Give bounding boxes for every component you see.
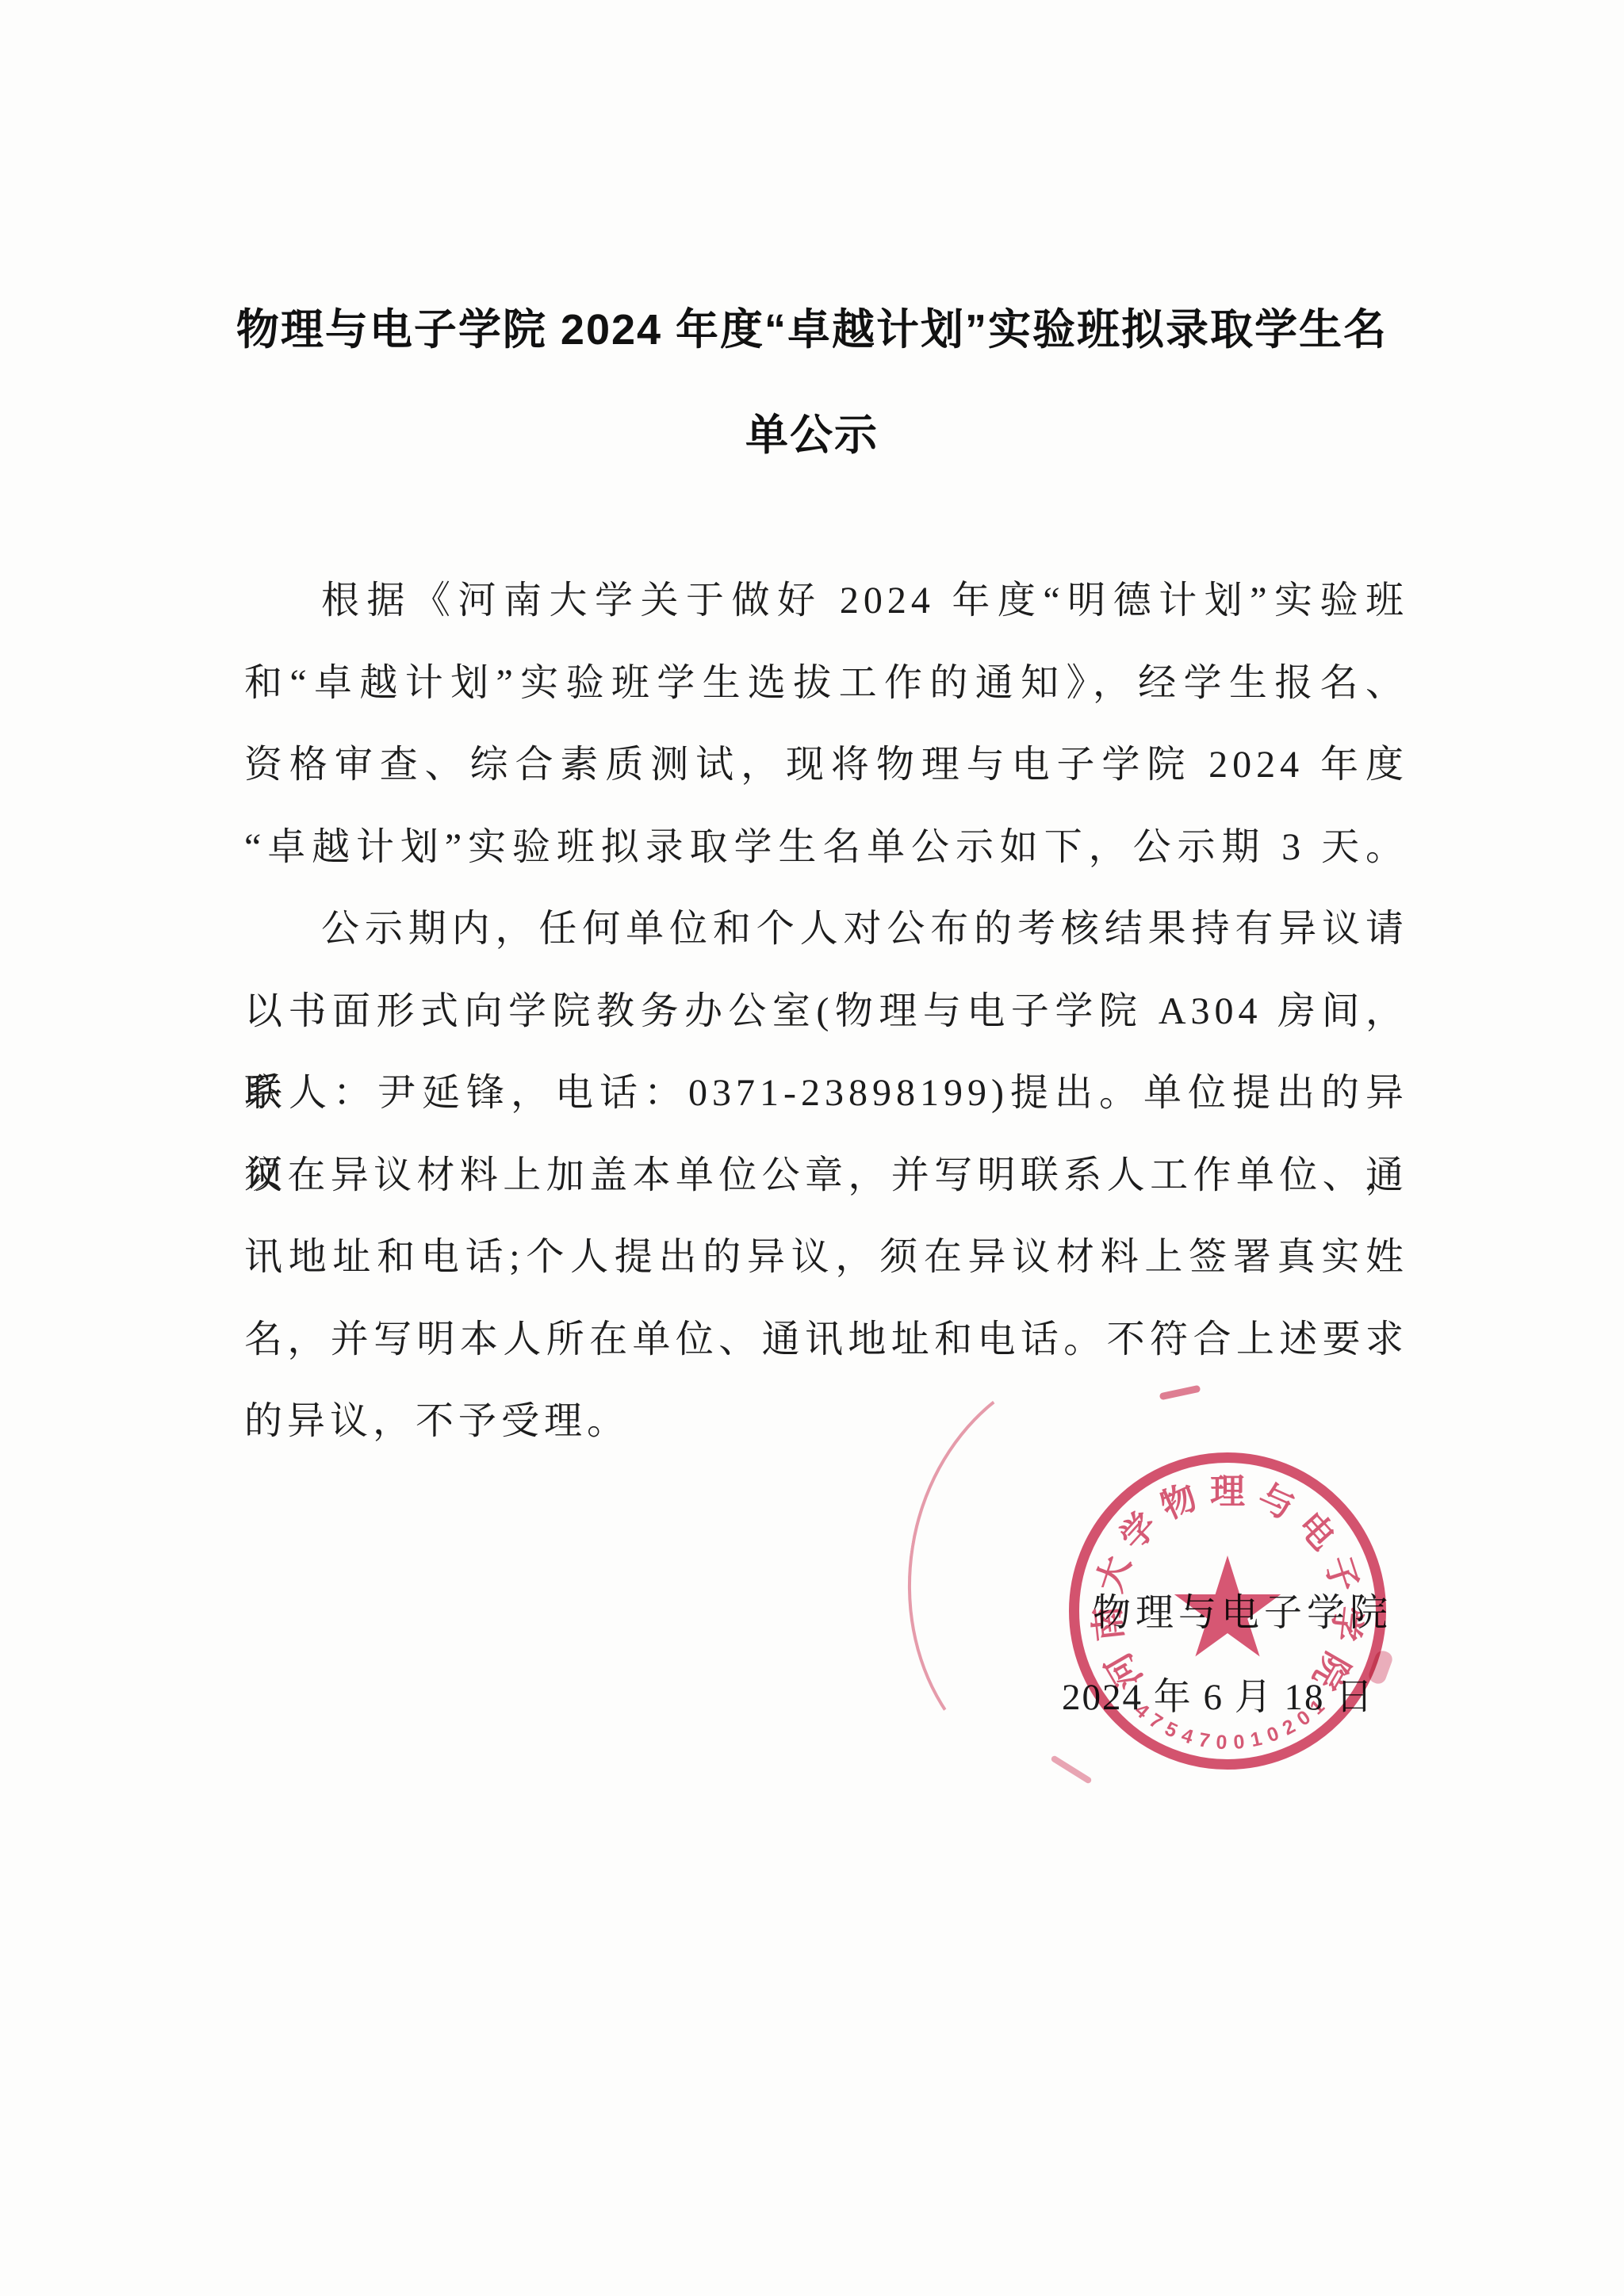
stamp-ring-char: 南 — [1088, 1602, 1130, 1644]
body-line: 名，并写明本人所在单位、通讯地址和电话。不符合上述要求 — [244, 1299, 1408, 1381]
notice-title-line1: 物理与电子学院 2024 年度“卓越计划”实验班拟录取学生名 — [0, 277, 1624, 383]
notice-title: 物理与电子学院 2024 年度“卓越计划”实验班拟录取学生名 单公示 — [0, 277, 1624, 488]
stamp-ring-char: 理 — [1208, 1473, 1247, 1511]
body-line: 须在异议材料上加盖本单位公章，并写明联系人工作单位、通 — [244, 1135, 1408, 1217]
scanned-notice-page: 物理与电子学院 2024 年度“卓越计划”实验班拟录取学生名 单公示 根据《河南… — [0, 0, 1624, 2296]
body-text: 根据《河南大学关于做好 2024 年度“明德计划”实验班和“卓越计划”实验班学生… — [244, 560, 1408, 1463]
stamp-ring-char: 学 — [1325, 1602, 1367, 1644]
notice-title-line2: 单公示 — [0, 383, 1624, 488]
body-line: 讯地址和电话;个人提出的异议，须在异议材料上签署真实姓 — [244, 1216, 1408, 1299]
body-line: 根据《河南大学关于做好 2024 年度“明德计划”实验班 — [244, 560, 1408, 642]
body-line: 以书面形式向学院教务办公室(物理与电子学院 A304 房间，联 — [244, 970, 1408, 1053]
stamp-serial-digit: 0 — [1228, 1730, 1249, 1754]
body-line: 资格审查、综合素质测试，现将物理与电子学院 2024 年度 — [244, 724, 1408, 806]
body-line: 公示期内，任何单位和个人对公布的考核结果持有异议请 — [244, 888, 1408, 970]
body-line: 系人：尹延锋，电话：0371-23898199)提出。单位提出的异议， — [244, 1052, 1408, 1135]
body-line: 和“卓越计划”实验班学生选拔工作的通知》，经学生报名、 — [244, 642, 1408, 725]
body-line: “卓越计划”实验班拟录取学生名单公示如下，公示期 3 天。 — [244, 806, 1408, 889]
official-seal-stamp: 河南大学物理与电子学院 102010074574 — [1069, 1452, 1386, 1770]
